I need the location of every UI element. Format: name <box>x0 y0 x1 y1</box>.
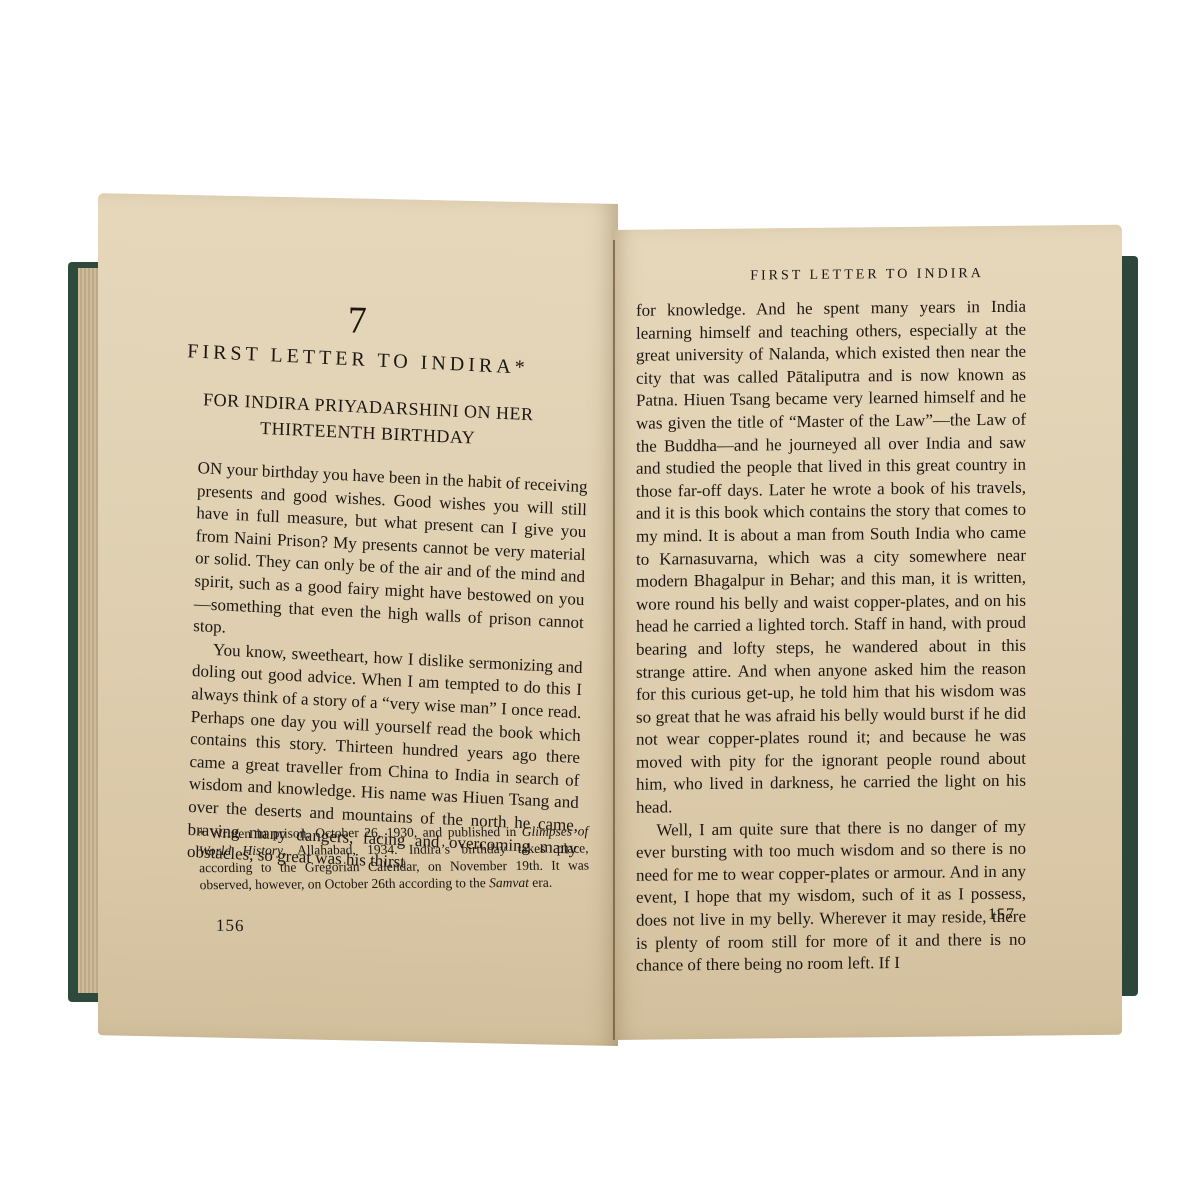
footnote-text: * Written in prison, October 26, 1930, a… <box>198 824 522 841</box>
right-page: FIRST LETTER TO INDIRA for knowledge. An… <box>612 225 1122 1040</box>
book-gutter <box>613 240 615 1040</box>
paragraph: for knowledge. And he spent many years i… <box>636 296 1026 820</box>
page-number-left: 156 <box>216 916 245 937</box>
chapter-subtitle: FOR INDIRA PRIYADARSHINI ON HER THIRTEEN… <box>127 383 608 457</box>
paragraph: Well, I am quite sure that there is no d… <box>636 815 1026 977</box>
page-number-right: 157 <box>988 906 1015 924</box>
footnote-era-name: Samvat <box>489 875 529 890</box>
left-body-text: ON your birthday you have been in the ha… <box>187 457 588 882</box>
footnote: * Written in prison, October 26, 1930, a… <box>198 822 590 893</box>
footnote-text: era. <box>529 875 553 890</box>
running-head: FIRST LETTER TO INDIRA <box>612 265 1122 286</box>
left-page: 7 FIRST LETTER TO INDIRA* FOR INDIRA PRI… <box>98 193 618 1046</box>
right-body-text: for knowledge. And he spent many years i… <box>636 296 1026 978</box>
paragraph: ON your birthday you have been in the ha… <box>193 457 588 657</box>
